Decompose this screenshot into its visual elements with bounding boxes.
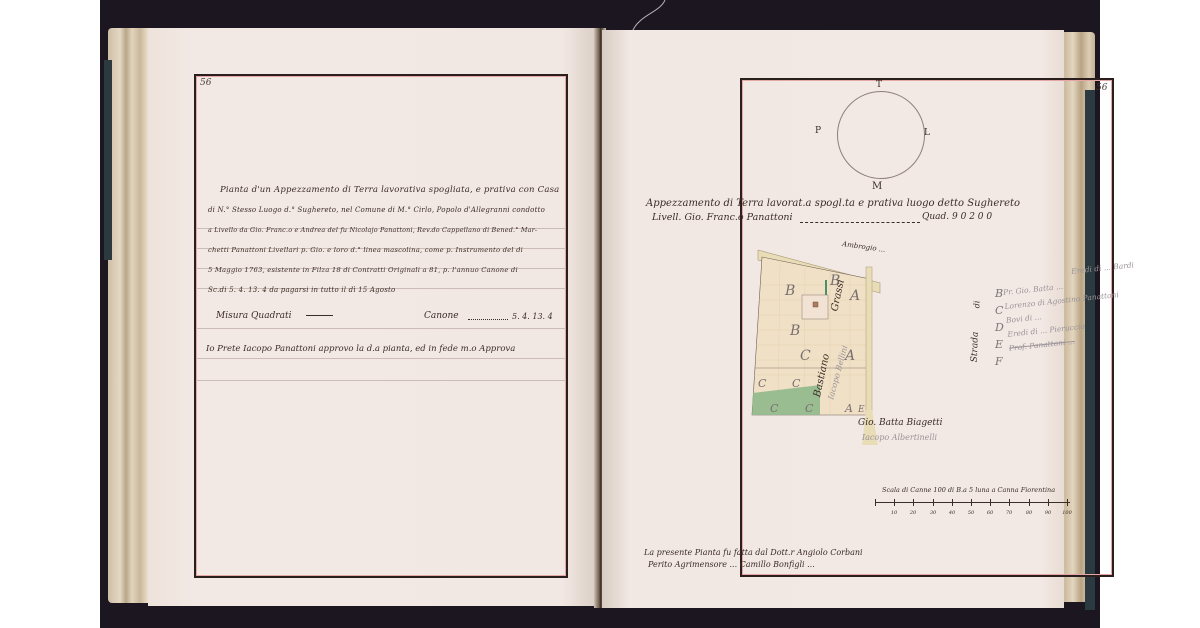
scale-tick [990, 499, 991, 506]
scale-tick [875, 499, 876, 506]
pencil-legend-notes: Eredi di ... Bardi Pr. Gio. Batta ... Lo… [1005, 265, 1138, 349]
compass-left-label: P [815, 126, 821, 136]
canone-label: Canone [424, 311, 459, 321]
scale-tick-label: 100 [1062, 510, 1072, 516]
scale-tick [1067, 499, 1068, 506]
plan-title-owner: Livell. Gio. Franc.o Panattoni [652, 212, 793, 223]
surveyor-signature-line-1: La presente Pianta fu fatta dal Dott.r A… [644, 548, 863, 557]
svg-text:B: B [784, 283, 795, 299]
measure-label: Misura Quadrati [216, 311, 292, 321]
ruled-line [196, 358, 566, 359]
svg-text:C: C [800, 348, 811, 364]
compass-top-label: T [876, 80, 882, 90]
legend-letter: C [995, 302, 1004, 319]
left-folio-number: 56 [200, 78, 211, 88]
caption-line: 5 Maggio 1763, esistente in Filza 18 di … [208, 260, 559, 280]
plan-title-line-1: Appezzamento di Terra lavorat.a spogl.ta… [646, 198, 1020, 209]
scale-bar: 10 20 30 40 50 60 70 80 90 100 [875, 502, 1070, 503]
scale-tick-label: 80 [1026, 510, 1032, 516]
scale-tick-label: 60 [987, 510, 993, 516]
parcel-legend: B C D E F [995, 285, 1004, 370]
caption-line: di N.° Stesso Luogo d.° Sughereto, nel C… [208, 200, 559, 220]
approval-note: Io Prete Iacopo Panattoni approvo la d.a… [206, 344, 515, 354]
measure-value-struck: ——— [306, 311, 333, 321]
svg-text:C: C [805, 402, 814, 415]
scale-title: Scala di Canne 100 di B.a 5 luna a Canna… [882, 486, 1055, 494]
scale-tick-label: 50 [968, 510, 974, 516]
scale-tick [971, 499, 972, 506]
boundary-label-bottom: Gio. Batta Biagetti [858, 418, 943, 428]
left-page-border [194, 74, 568, 578]
title-leader-dashes [800, 222, 920, 223]
caption-line: chetti Panattoni Livellari p. Gio. e lor… [208, 240, 559, 260]
compass-right-label: L [924, 128, 930, 138]
svg-text:C: C [770, 402, 779, 415]
caption-line: a Livello da Gio. Franc.o e Andrea del f… [208, 220, 559, 240]
left-cover-edge [104, 60, 112, 260]
ruled-line [196, 328, 566, 329]
legend-letter: D [995, 319, 1004, 336]
compass-rose-circle [837, 91, 925, 179]
scale-tick-label: 40 [949, 510, 955, 516]
scale-tick [1029, 499, 1030, 506]
canone-value: 5. 4. 13. 4 [512, 312, 553, 321]
scale-tick [1009, 499, 1010, 506]
legend-letter: E [995, 336, 1004, 353]
right-folio-number: 56 [1096, 83, 1107, 93]
caption-line: Sc.di 5. 4. 13. 4 da pagarsi in tutto il… [208, 280, 559, 300]
scale-tick [933, 499, 934, 506]
boundary-label-di: di [972, 301, 981, 309]
scale-tick-label: 70 [1006, 510, 1012, 516]
scale-tick-label: 90 [1045, 510, 1051, 516]
surveyor-signature-line-2: Perito Agrimensore ... Camillo Bonfigli … [648, 560, 815, 569]
svg-text:A: A [844, 402, 853, 415]
bookmark-thread [615, 0, 695, 32]
land-parcel-plan: BBA BCA CC CC AE [750, 245, 990, 445]
left-page-stack-edge [108, 28, 148, 603]
scale-tick-label: 20 [910, 510, 916, 516]
svg-text:B: B [789, 323, 800, 339]
svg-text:C: C [792, 377, 801, 390]
svg-text:E: E [857, 405, 865, 415]
left-page: 56 Pianta d'un Appezzamento di Terra lav… [148, 28, 598, 606]
svg-text:C: C [758, 377, 767, 390]
legend-letter: F [995, 353, 1004, 370]
plan-caption: Pianta d'un Appezzamento di Terra lavora… [208, 180, 559, 300]
scale-tick-label: 10 [891, 510, 897, 516]
scale-tick [952, 499, 953, 506]
scale-tick [894, 499, 895, 506]
boundary-label-strada: Strada [970, 332, 981, 363]
scan-background: 56 Pianta d'un Appezzamento di Terra lav… [100, 0, 1100, 628]
compass-bottom-label: M [872, 181, 882, 192]
svg-text:A: A [848, 288, 860, 304]
ruled-line [196, 380, 566, 381]
plan-title-area: Quad. 9 0 2 0 0 [922, 212, 992, 222]
scale-tick [913, 499, 914, 506]
open-book: 56 Pianta d'un Appezzamento di Terra lav… [100, 0, 1100, 628]
scale-tick-label: 30 [930, 510, 936, 516]
canone-leader-dots [468, 318, 508, 320]
pencil-note-bottom: Iacopo Albertinelli [862, 433, 937, 442]
caption-line: Pianta d'un Appezzamento di Terra lavora… [208, 180, 559, 200]
scale-tick [1048, 499, 1049, 506]
